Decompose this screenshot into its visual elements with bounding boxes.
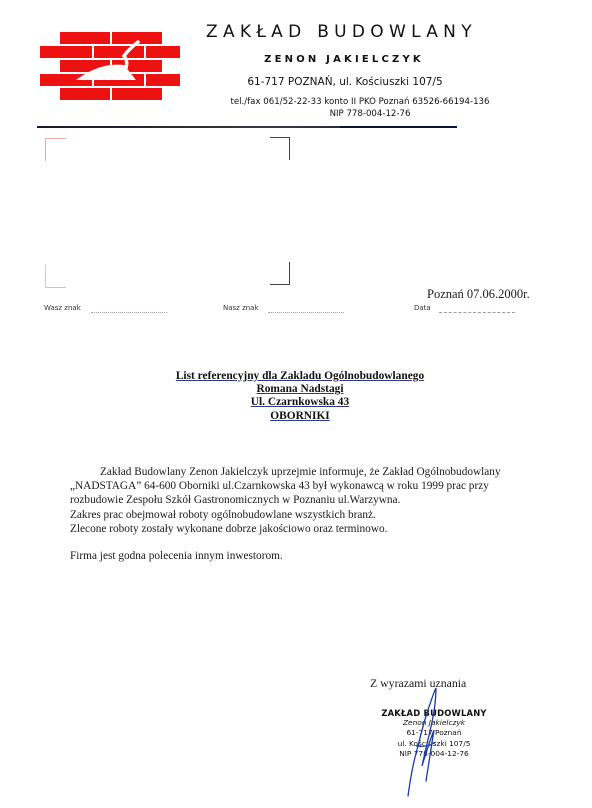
body-line: „NADSTAGA” 64-600 Oborniki ul.Czarnkowsk… xyxy=(70,479,550,493)
title-line: Ul. Czarnkowska 43 xyxy=(251,396,349,408)
date-line xyxy=(439,312,515,313)
your-reference-line xyxy=(91,312,167,313)
title-line: OBORNIKI xyxy=(270,410,330,422)
your-reference-label: Wasz znak xyxy=(44,304,81,312)
our-reference-label: Nasz znak xyxy=(223,304,259,312)
company-nip: NIP 778-004-12-76 xyxy=(250,109,490,119)
header-divider-end xyxy=(340,126,456,128)
title-line: Romana Nadstagi xyxy=(256,383,343,395)
title-line: List referencyjny dla Zakladu Ogólnobudo… xyxy=(176,370,424,382)
handwritten-signature xyxy=(400,686,460,801)
closing-note: Firma jest godna polecenia innym inwesto… xyxy=(70,550,283,562)
company-contact: tel./fax 061/52-22-33 konto II PKO Pozna… xyxy=(190,97,530,107)
address-window-corner-bottom-left xyxy=(45,265,66,288)
owner-name: ZENON JAKIELCZYK xyxy=(224,54,464,65)
body-line: Zakres prac obejmował roboty ogólnobudow… xyxy=(70,508,550,522)
body-line: rozbudowie Zespołu Szkół Gastronomicznyc… xyxy=(70,493,550,507)
date-label: Data xyxy=(414,304,431,312)
address-window-corner-bottom-right xyxy=(270,262,290,285)
address-window-corner-top-right xyxy=(270,137,290,160)
address-window-corner-top-left xyxy=(45,138,66,161)
company-name: ZAKŁAD BUDOWLANY xyxy=(206,22,586,42)
place-date: Poznań 07.06.2000r. xyxy=(427,287,530,302)
letter-body: Zakład Budowlany Zenon Jakielczyk uprzej… xyxy=(70,465,550,536)
body-line: Zlecone roboty zostały wykonane dobrze j… xyxy=(70,522,550,536)
letter-title: List referencyjny dla Zakladu Ogólnobudo… xyxy=(110,370,490,423)
company-logo xyxy=(40,32,180,104)
body-line: Zakład Budowlany Zenon Jakielczyk uprzej… xyxy=(70,465,550,479)
company-address: 61-717 POZNAŃ, ul. Kościuszki 107/5 xyxy=(220,76,470,88)
our-reference-line xyxy=(268,312,344,313)
brick-wall-trowel-icon xyxy=(40,32,180,104)
